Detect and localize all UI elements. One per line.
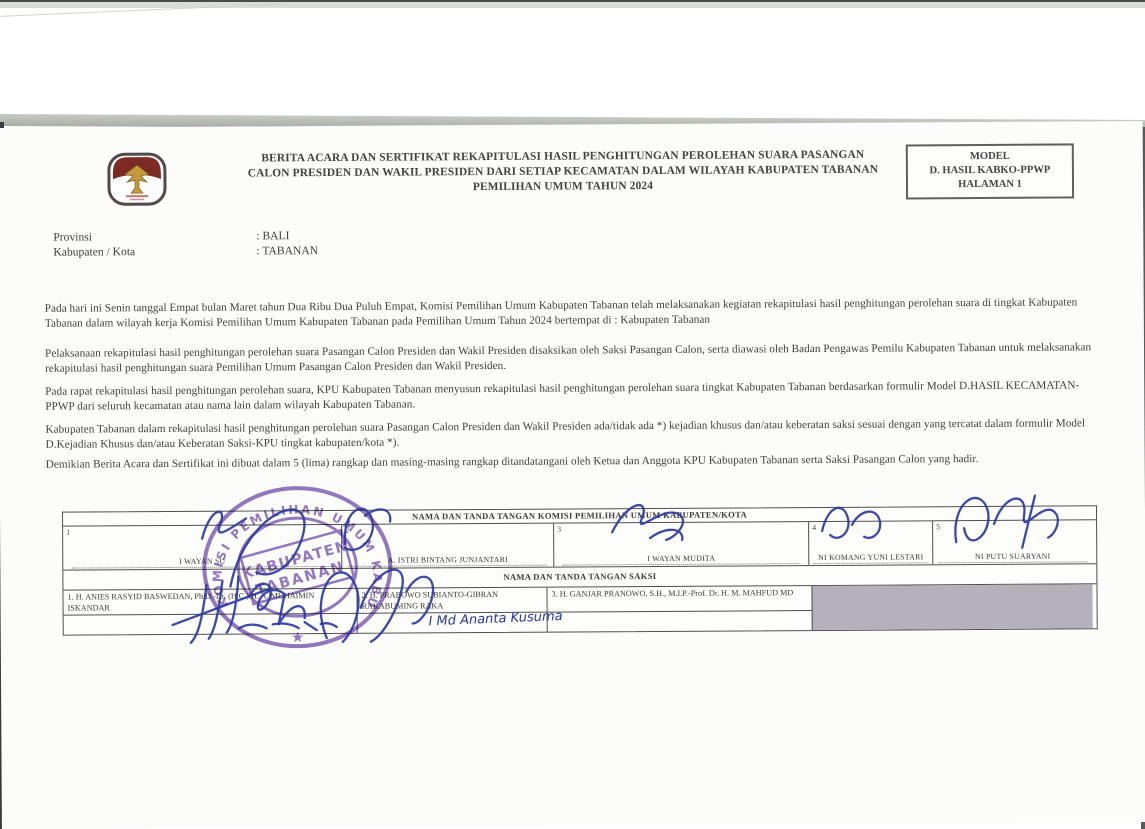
komisi-signature-5	[955, 496, 1058, 549]
paragraph-5: Demikian Berita Acara dan Sertifikat ini…	[46, 451, 1108, 472]
handwritten-name: I Md Ananta Kusuma	[428, 609, 563, 629]
provinsi-label: Provinsi	[53, 229, 256, 245]
region-meta: Provinsi : BALI Kabupaten / Kota : TABAN…	[53, 229, 318, 260]
kabupaten-row: Kabupaten / Kota : TABANAN	[53, 244, 318, 260]
paragraph-4: Kabupaten Tabanan dalam rekapitulasi has…	[45, 416, 1107, 452]
scanned-document-screen: BERITA ACARA DAN SERTIFIKAT REKAPITULASI…	[0, 0, 1145, 829]
scan-top-band	[0, 2, 1145, 8]
komisi-signature-2	[345, 508, 391, 549]
document-page: BERITA ACARA DAN SERTIFIKAT REKAPITULASI…	[0, 121, 1145, 829]
kpu-logo-icon	[104, 148, 170, 210]
model-box-line-2: D. HASIL KABKO-PPWP	[910, 163, 1070, 178]
paragraph-1: Pada hari ini Senin tanggal Empat bulan …	[45, 295, 1107, 331]
signatures-ink-layer: I Md Ananta Kusuma	[60, 471, 1101, 662]
provinsi-value: : BALI	[256, 229, 289, 244]
komisi-signature-1	[202, 512, 246, 539]
kabupaten-label: Kabupaten / Kota	[53, 244, 256, 260]
paragraph-2: Pelaksanaan rekapitulasi hasil penghitun…	[45, 340, 1107, 376]
komisi-signature-4	[822, 508, 880, 539]
model-box-line-3: HALAMAN 1	[910, 177, 1070, 192]
komisi-signature-3	[612, 505, 683, 540]
kabupaten-value: : TABANAN	[256, 244, 318, 259]
paragraph-3: Pada rapat rekapitulasi hasil penghitung…	[45, 378, 1107, 414]
provinsi-row: Provinsi : BALI	[53, 229, 318, 245]
saksi-signature-2	[321, 569, 434, 642]
model-box-line-1: MODEL	[910, 149, 1070, 164]
model-box: MODEL D. HASIL KABKO-PPWP HALAMAN 1	[906, 143, 1074, 199]
saksi-signature-1	[172, 576, 305, 643]
document-title: BERITA ACARA DAN SERTIFIKAT REKAPITULASI…	[223, 147, 903, 196]
